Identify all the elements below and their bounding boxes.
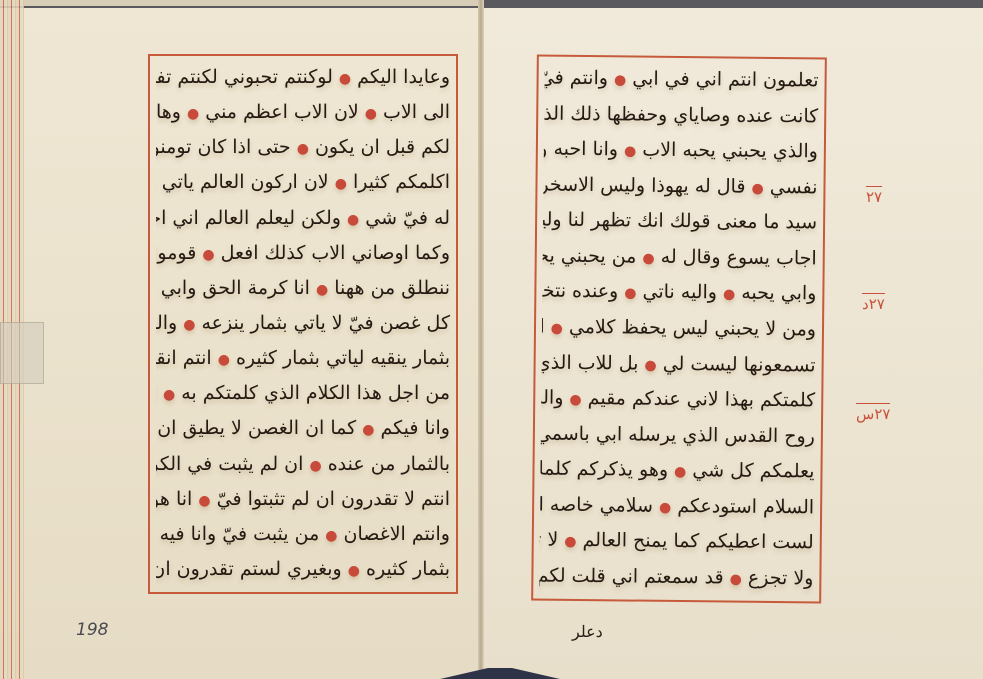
text-line: روح القدس الذي يرسله ابي باسمي ● هو bbox=[541, 418, 815, 453]
text-line: انتم لا تقدرون ان لم تثبتوا فيّ ● انا هو… bbox=[156, 484, 450, 516]
text-line: كلمتكم بهذا لاني عندكم مقيم ● والبارقليط bbox=[541, 383, 815, 418]
text-line: اكلمكم كثيرا ● لان اركون العالم ياتي ولي… bbox=[156, 167, 450, 199]
rubric-point: ● bbox=[659, 500, 671, 516]
rubric-point: ● bbox=[624, 286, 636, 302]
text-line: وابي يحبه ● واليه ناتي ● وعنده نتخذ المن… bbox=[542, 276, 816, 311]
text-line: اجاب يسوع وقال له ● من يحبني يحفظ كلمتي … bbox=[543, 240, 817, 275]
rubric-point: ● bbox=[202, 247, 214, 263]
rubric-point: ● bbox=[751, 180, 763, 196]
text-line: وعايدا اليكم ● لوكنتم تحبوني لكنتم تفرحو… bbox=[156, 62, 450, 94]
rubric-point: ● bbox=[564, 534, 576, 550]
rubric-point: ● bbox=[551, 321, 563, 337]
text-line: الى الاب ● لان الاب اعظم مني ● وها قد قل… bbox=[156, 97, 450, 129]
text-line: ومن لا يحبني ليس يحفظ كلامي ● الكلمه الت… bbox=[542, 312, 816, 347]
text-line: ننطلق من ههنا ● انا كرمة الحق وابي الغار… bbox=[156, 273, 450, 305]
margin-note: ٢٧ bbox=[866, 186, 882, 206]
rubric-point: ● bbox=[362, 422, 374, 438]
rubric-point: ● bbox=[723, 287, 735, 303]
top-page-edge bbox=[0, 0, 480, 6]
text-line: تعلمون انتم اني في ابي ● وانتم فيّ وانا … bbox=[544, 63, 818, 98]
rubric-point: ● bbox=[365, 106, 377, 122]
rubric-point: ● bbox=[335, 176, 347, 192]
text-line: تسمعونها ليست لي ● بل للاب الذي ارسلني ● bbox=[541, 347, 815, 382]
rubric-point: ● bbox=[198, 493, 210, 509]
text-line: بثمار كثيره ● وبغيري لستم تقدرون ان bbox=[156, 554, 450, 586]
rubric-point: ● bbox=[163, 387, 175, 403]
rubric-point: ● bbox=[297, 141, 309, 157]
left-text-block: وعايدا اليكم ● لوكنتم تحبوني لكنتم تفرحو… bbox=[156, 62, 450, 586]
text-line: وانتم الاغصان ● من يثبت فيّ وانا فيه ● ف… bbox=[156, 519, 450, 551]
folio-number: 198 bbox=[76, 620, 108, 640]
rubric-point: ● bbox=[614, 72, 626, 88]
repair-tape bbox=[0, 322, 44, 384]
text-line: كل غصن فيّ لا ياتي بثمار ينزعه ● والذي ي… bbox=[156, 308, 450, 340]
text-line: بثمار ينقيه لياتي بثمار كثيره ● انتم انق… bbox=[156, 343, 450, 375]
text-line: بالثمار من عنده ● ان لم يثبت في الكرمه ●… bbox=[156, 449, 450, 481]
rubric-point: ● bbox=[347, 212, 359, 228]
rubric-point: ● bbox=[187, 106, 199, 122]
text-line: وكما اوصاني الاب كذلك افعل ● قوموا بنا bbox=[156, 238, 450, 270]
text-line: من اجل هذا الكلام الذي كلمتكم به ● اثبتو… bbox=[156, 378, 450, 410]
rubric-point: ● bbox=[309, 458, 321, 474]
text-line: والذي يحبني يحبه الاب ● وانا احبه واظهر … bbox=[544, 134, 818, 169]
text-line: السلام استودعكم ● سلامي خاصه اعطيكم ● bbox=[540, 489, 814, 524]
text-line: لكم قبل ان يكون ● حتى اذا كان تومنون ● ف… bbox=[156, 132, 450, 164]
rubric-point: ● bbox=[339, 71, 351, 87]
text-line: سيد ما معنى قولك انك تظهر لنا وليس للعال… bbox=[543, 205, 817, 240]
catchword: دعلر bbox=[572, 622, 603, 641]
text-line: كانت عنده وصاياي وحفظها ذلك الذي يحبني ● bbox=[544, 98, 818, 133]
text-line: يعلمكم كل شي ● وهو يذكركم كلما قلته لكم … bbox=[540, 454, 814, 489]
rubric-point: ● bbox=[674, 464, 686, 480]
left-text-frame: وعايدا اليكم ● لوكنتم تحبوني لكنتم تفرحو… bbox=[148, 54, 458, 594]
rubric-point: ● bbox=[569, 392, 581, 408]
margin-note: ٢٧س bbox=[856, 403, 890, 423]
text-line: له فيّ شي ● ولكن ليعلم العالم اني احب ال… bbox=[156, 203, 450, 235]
rubric-point: ● bbox=[730, 571, 742, 587]
text-line: لست اعطيكم كما يمنح العالم ● لا تقلق قلو… bbox=[540, 525, 814, 560]
margin-note: ٢٧د bbox=[862, 293, 885, 313]
rubric-point: ● bbox=[325, 528, 337, 544]
text-line: ولا تجزع ● قد سمعتم اني قلت لكم اني منطل… bbox=[539, 560, 813, 595]
right-text-block: تعلمون انتم اني في ابي ● وانتم فيّ وانا … bbox=[539, 63, 819, 596]
manuscript-spread: وعايدا اليكم ● لوكنتم تحبوني لكنتم تفرحو… bbox=[0, 0, 983, 679]
text-line: وانا فيكم ● كما ان الغصن لا يطيق ان ياتي bbox=[156, 413, 450, 445]
rubric-point: ● bbox=[183, 317, 195, 333]
right-text-frame: تعلمون انتم اني في ابي ● وانتم فيّ وانا … bbox=[531, 54, 827, 603]
rubric-point: ● bbox=[316, 282, 328, 298]
rubric-point: ● bbox=[218, 352, 230, 368]
rubric-point: ● bbox=[644, 357, 656, 373]
gutter-fold bbox=[478, 0, 484, 679]
rubric-point: ● bbox=[624, 144, 636, 160]
rubric-point: ● bbox=[642, 250, 654, 266]
rubric-point: ● bbox=[348, 563, 360, 579]
text-line: نفسي ● قال له يهوذا وليس الاسخريوطي ● يا bbox=[543, 169, 817, 204]
